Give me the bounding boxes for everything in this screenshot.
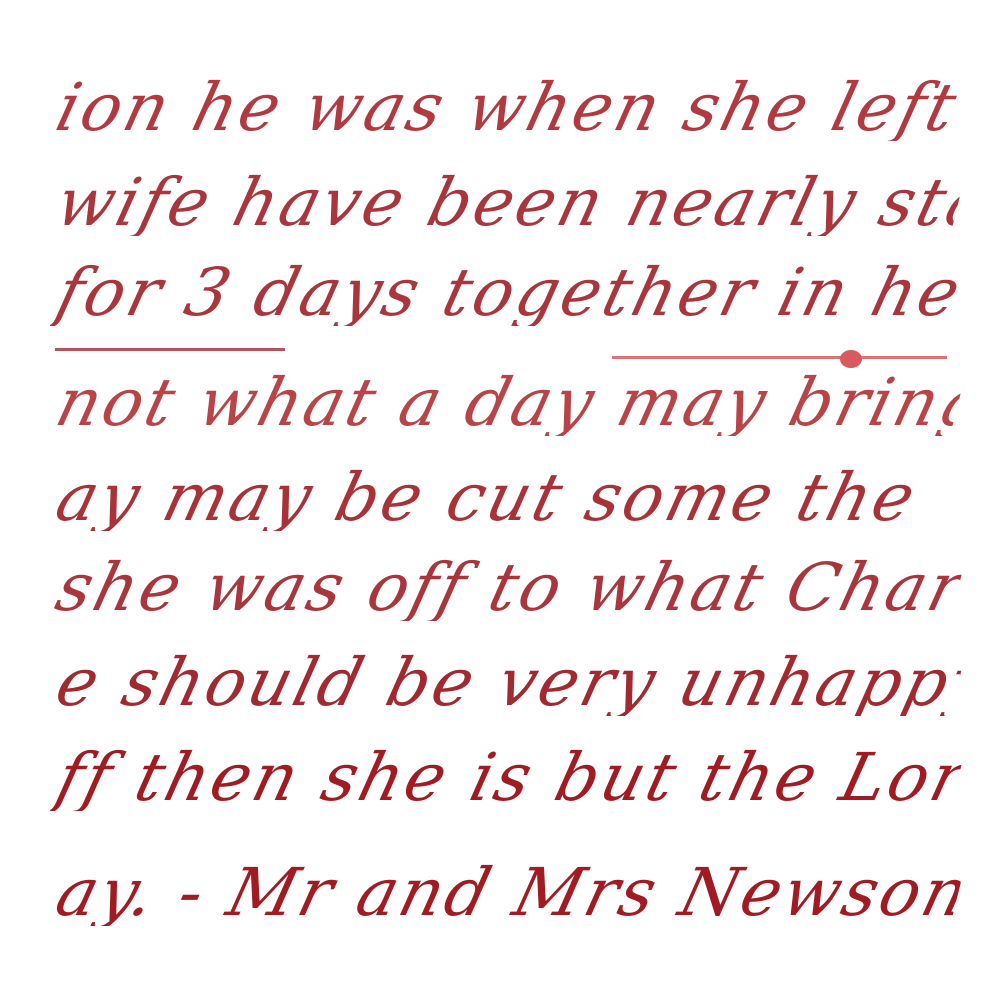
- script-line-7: e should be very unhappy i: [50, 650, 966, 716]
- script-line-5: ay may be cut some the: [50, 465, 966, 531]
- script-line-4: not what a day may bring: [50, 370, 966, 436]
- script-line-3: for 3 days together in her: [50, 260, 966, 326]
- script-line-8: ff then she is but the Lord: [50, 745, 966, 811]
- ink-stroke-right: [612, 356, 947, 359]
- handwritten-page: ion he was when she left wife have been …: [0, 0, 1000, 1000]
- script-line-6: she was off to what Charity: [50, 555, 966, 621]
- script-line-2: wife have been nearly starv: [50, 170, 966, 236]
- script-line-9: ay. - Mr and Mrs Newson is: [50, 860, 966, 926]
- ink-stroke-left: [55, 348, 285, 351]
- ink-blot: [840, 350, 862, 368]
- script-line-1: ion he was when she left: [50, 75, 966, 141]
